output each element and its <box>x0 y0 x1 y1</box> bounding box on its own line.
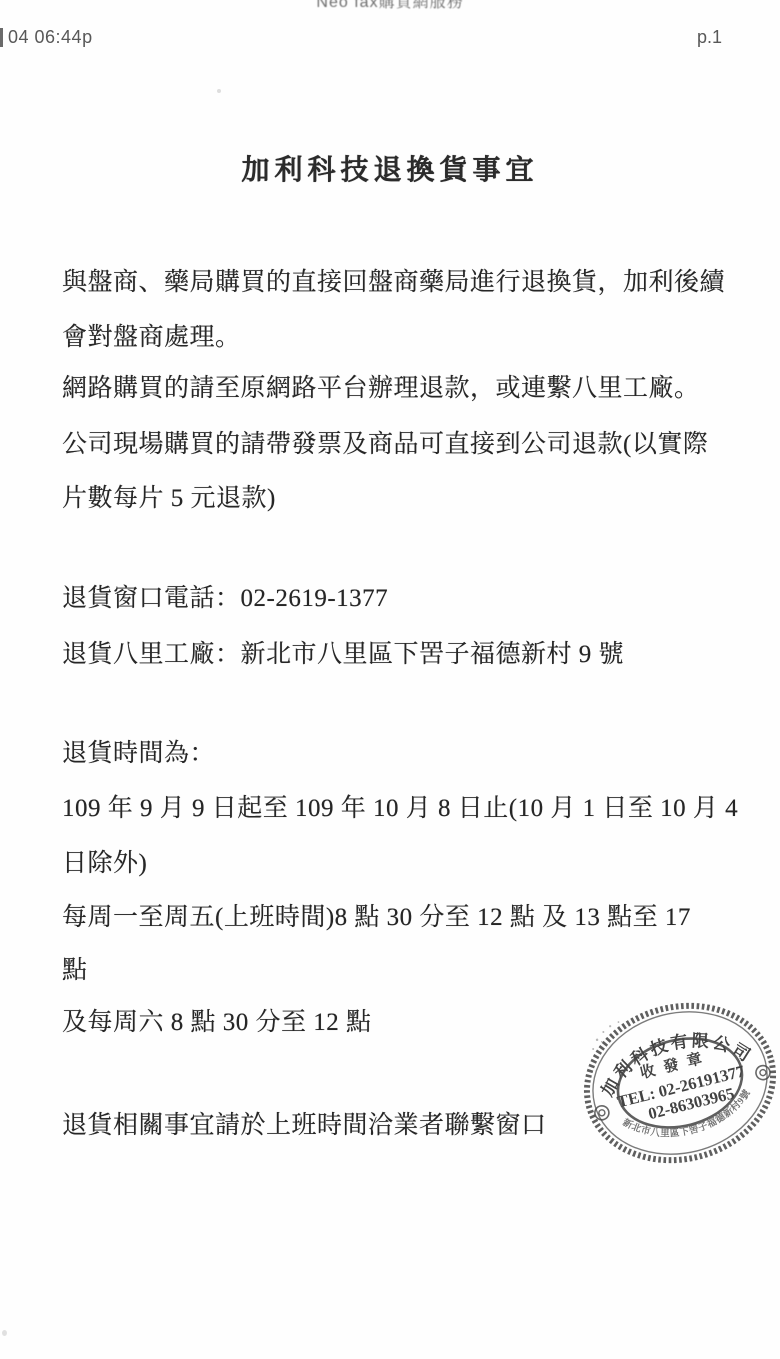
fax-page-number: p.1 <box>697 27 722 48</box>
body-line: 會對盤商處理。 <box>62 317 241 353</box>
return-period-dates-cont: 日除外) <box>62 843 147 879</box>
weekday-hours-line: 每周一至周五(上班時間)8 點 30 分至 12 點 及 13 點至 17 <box>62 897 691 933</box>
body-line: 與盤商、藥局購買的直接回盤商藥局進行退換貨，加利後續 <box>62 262 725 298</box>
fax-timestamp: 04 06:44p <box>8 27 93 48</box>
fax-document-page: Neo fax購買網服務 04 06:44p p.1 加利科技退換貨事宜 與盤商… <box>0 0 780 1359</box>
return-phone-line: 退貨窗口電話：02-2619-1377 <box>62 578 388 614</box>
return-factory-address-line: 退貨八里工廠：新北市八里區下罟子福德新村 9 號 <box>62 634 624 670</box>
seal-right-emblem <box>754 1064 771 1081</box>
seal-ink-speckles <box>587 1021 624 1050</box>
closing-line: 退貨相關事宜請於上班時間洽業者聯繫窗口 <box>62 1105 547 1141</box>
scan-speck <box>2 1330 7 1336</box>
body-line: 片數每片 5 元退款) <box>62 478 276 514</box>
body-line: 公司現場購買的請帶發票及商品可直接到公司退款(以實際 <box>62 424 708 460</box>
fax-sender-header-clipped: Neo fax購買網服務 <box>0 0 780 9</box>
body-line: 網路購買的請至原網路平台辦理退款，或連繫八里工廠。 <box>62 368 700 404</box>
seal-graphic: 加利科技有限公司 新北市八里區下罟子福德新村9號 收發章 TEL: 02-261… <box>562 975 780 1190</box>
document-title: 加利科技退換貨事宜 <box>0 148 780 188</box>
scan-speck <box>217 89 221 93</box>
company-seal-stamp: 加利科技有限公司 新北市八里區下罟子福德新村9號 收發章 TEL: 02-261… <box>562 975 780 1190</box>
saturday-hours-line: 及每周六 8 點 30 分至 12 點 <box>62 1002 372 1038</box>
return-period-header: 退貨時間為： <box>62 733 215 769</box>
fax-left-edge-mark <box>0 28 3 47</box>
return-period-dates: 109 年 9 月 9 日起至 109 年 10 月 8 日止(10 月 1 日… <box>62 788 738 824</box>
weekday-hours-cont: 點 <box>62 950 88 986</box>
